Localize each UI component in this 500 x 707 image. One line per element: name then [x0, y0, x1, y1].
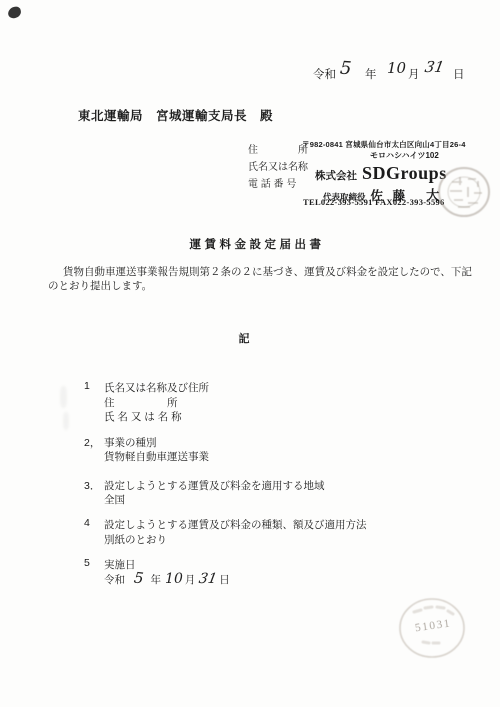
item-1-line-2: 氏 名 又 は 名 称 — [104, 409, 182, 424]
era-label: 令和 — [313, 66, 336, 82]
sender-postal-address: 〒982-0841 宮城県仙台市太白区向山4丁目26-4 — [302, 139, 466, 150]
handwritten-year: 5 — [133, 569, 144, 588]
sender-label-address: 住 所 — [248, 141, 308, 156]
handwritten-month: 10 — [387, 59, 406, 77]
item-3-row: 3． 設定しようとする運賃及び料金を適用する地域 — [84, 478, 325, 493]
item-number: 2， — [84, 435, 104, 450]
item-heading: 設定しようとする運賃及び料金を適用する地域 — [104, 478, 325, 493]
item-number: 5 — [84, 557, 104, 572]
sender-company-line: 株式会社 SDGroups — [315, 163, 447, 184]
body-line-1: 貨物自動車運送事業報告規則第２条の２に基づき、運賃及び料金を設定したので、下記 — [48, 266, 488, 280]
year-unit: 年 — [365, 66, 377, 82]
item-4-row: 4 設定しようとする運賃及び料金の種類、額及び適用方法 — [84, 517, 367, 532]
item-number: 1 — [84, 380, 104, 395]
sender-label-phone: 電 話 番 号 — [248, 175, 296, 190]
body-line-2: のとおり提出します。 — [48, 280, 488, 294]
item-2-line-1: 貨物軽自動車運送事業 — [104, 449, 209, 464]
addressee-line: 東北運輸局 宮城運輸支局長 殿 — [78, 106, 273, 124]
document-title: 運賃料金設定届出書 — [0, 236, 500, 252]
handwritten-year: 5 — [339, 58, 352, 80]
item-4-line-1: 別紙のとおり — [104, 532, 167, 547]
scan-smudge — [63, 412, 69, 430]
item-heading: 設定しようとする運賃及び料金の種類、額及び適用方法 — [104, 517, 367, 532]
body-paragraph: 貨物自動車運送事業報告規則第２条の２に基づき、運賃及び料金を設定したので、下記 … — [48, 266, 488, 293]
ki-marker: 記 — [0, 330, 488, 346]
company-name: SDGroups — [362, 163, 447, 184]
day-unit: 日 — [219, 572, 230, 587]
month-unit: 月 — [185, 572, 196, 587]
scanned-document-page: 令和 5 年 10 月 31 日 東北運輸局 宮城運輸支局長 殿 住 所 氏名又… — [0, 0, 500, 707]
handwritten-day: 31 — [198, 571, 219, 587]
item-3-line-1: 全国 — [104, 492, 125, 507]
month-unit: 月 — [408, 66, 420, 82]
item-number: 4 — [84, 517, 104, 532]
receipt-stamp-number: 51031 — [410, 617, 455, 635]
scan-corner-artifact — [7, 6, 22, 19]
implementation-date-line: 令和 5 年 10 月 31 日 — [104, 569, 230, 587]
scan-smudge — [60, 386, 67, 408]
item-1-row: 1 氏名又は名称及び住所 — [84, 380, 209, 395]
item-heading: 事業の種別 — [104, 435, 157, 450]
year-unit: 年 — [151, 572, 162, 587]
handwritten-day: 31 — [423, 58, 445, 76]
sender-tel-fax: TEL022-393-5591 FAX022-393-5596 — [303, 197, 445, 207]
day-unit: 日 — [453, 66, 465, 82]
handwritten-month: 10 — [165, 571, 183, 587]
item-heading: 氏名又は名称及び住所 — [104, 380, 209, 395]
sender-building: モロハシハイツ102 — [370, 150, 439, 161]
receipt-stamp-icon — [398, 597, 467, 660]
item-1-line-1: 住 所 — [104, 395, 178, 410]
receipt-date-stamp: 51031 — [398, 597, 467, 660]
company-type: 株式会社 — [315, 168, 357, 183]
item-number: 3． — [84, 478, 104, 493]
item-2-row: 2， 事業の種別 — [84, 435, 157, 450]
era-label: 令和 — [104, 572, 125, 587]
sender-label-name: 氏名又は名称 — [248, 158, 308, 173]
